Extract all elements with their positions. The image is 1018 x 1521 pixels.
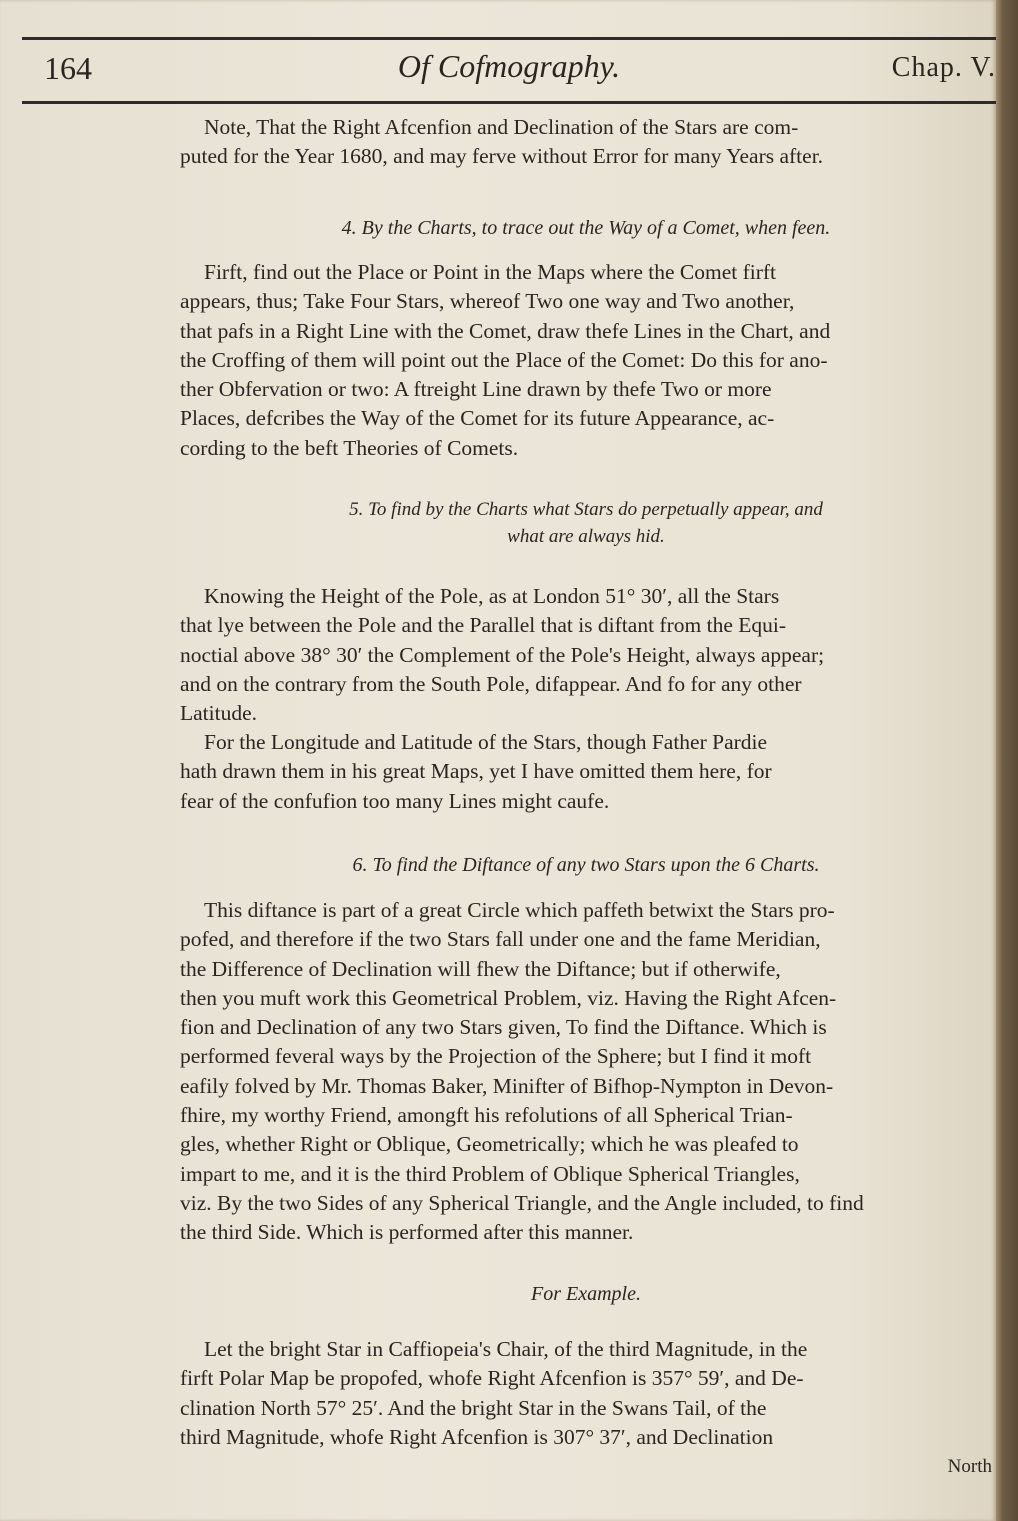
text-line: that lye between the Pole and the Parall… <box>180 611 992 640</box>
section-5-heading: 5. To find by the Charts what Stars do p… <box>180 496 992 550</box>
text-line: cording to the beft Theories of Comets. <box>180 434 992 463</box>
book-page: 164 Of Cofmography. Chap. V. Note, That … <box>0 0 996 1521</box>
text-line: fear of the confufion too many Lines mig… <box>180 787 992 816</box>
text-line: third Magnitude, whofe Right Afcenfion i… <box>180 1423 992 1452</box>
section-4-heading: 4. By the Charts, to trace out the Way o… <box>180 215 992 242</box>
text-line: Knowing the Height of the Pole, as at Lo… <box>180 582 992 611</box>
heading-line: 5. To find by the Charts what Stars do p… <box>180 496 992 523</box>
text-line: gles, whether Right or Oblique, Geometri… <box>180 1130 992 1159</box>
text-line: Note, That the Right Afcenfion and Decli… <box>180 113 992 142</box>
book-gutter-shadow <box>996 0 1018 1521</box>
running-title: Of Cofmography. <box>22 48 996 85</box>
note-paragraph: Note, That the Right Afcenfion and Decli… <box>180 113 992 172</box>
text-line: ther Obfervation or two: A ftreight Line… <box>180 375 992 404</box>
section-5-paragraph-1: Knowing the Height of the Pole, as at Lo… <box>180 582 992 728</box>
text-line: viz. By the two Sides of any Spherical T… <box>180 1189 992 1218</box>
text-line: impart to me, and it is the third Proble… <box>180 1160 992 1189</box>
text-line: eafily folved by Mr. Thomas Baker, Minif… <box>180 1072 992 1101</box>
text-line: that pafs in a Right Line with the Comet… <box>180 317 992 346</box>
text-line: This diftance is part of a great Circle … <box>180 896 992 925</box>
text-line: appears, thus; Take Four Stars, whereof … <box>180 287 992 316</box>
text-line: clination North 57° 25′. And the bright … <box>180 1394 992 1423</box>
text-line: performed feveral ways by the Projection… <box>180 1042 992 1071</box>
text-line: and on the contrary from the South Pole,… <box>180 670 992 699</box>
text-line: noctial above 38° 30′ the Complement of … <box>180 641 992 670</box>
text-line: then you muft work this Geometrical Prob… <box>180 984 992 1013</box>
text-line: the third Side. Which is performed after… <box>180 1218 992 1247</box>
section-4-paragraph: Firft, find out the Place or Point in th… <box>180 258 992 463</box>
text-line: hath drawn them in his great Maps, yet I… <box>180 757 992 786</box>
text-line: pofed, and therefore if the two Stars fa… <box>180 925 992 954</box>
section-5-paragraph-2: For the Longitude and Latitude of the St… <box>180 728 992 816</box>
text-line: fhire, my worthy Friend, amongft his ref… <box>180 1101 992 1130</box>
text-line: puted for the Year 1680, and may ferve w… <box>180 142 992 171</box>
text-line: For the Longitude and Latitude of the St… <box>180 728 992 757</box>
text-line: the Difference of Declination will fhew … <box>180 955 992 984</box>
chapter-label: Chap. V. <box>892 52 996 84</box>
section-6-paragraph: This diftance is part of a great Circle … <box>180 896 992 1248</box>
text-line: Let the bright Star in Caffiopeia's Chai… <box>180 1335 992 1364</box>
section-6-heading: 6. To find the Diftance of any two Stars… <box>180 852 992 879</box>
header-rule-top <box>22 37 996 40</box>
text-line: the Croffing of them will point out the … <box>180 346 992 375</box>
text-line: Places, defcribes the Way of the Comet f… <box>180 404 992 433</box>
catchword: North <box>180 1452 992 1481</box>
running-head: 164 Of Cofmography. Chap. V. <box>22 44 996 94</box>
text-line: Firft, find out the Place or Point in th… <box>180 258 992 287</box>
heading-line: what are always hid. <box>180 523 992 550</box>
text-line: firft Polar Map be propofed, whofe Right… <box>180 1364 992 1393</box>
example-heading: For Example. <box>180 1281 992 1308</box>
text-line: Latitude. <box>180 699 992 728</box>
text-line: fion and Declination of any two Stars gi… <box>180 1013 992 1042</box>
header-rule-bottom <box>22 101 996 104</box>
example-paragraph: Let the bright Star in Caffiopeia's Chai… <box>180 1335 992 1481</box>
